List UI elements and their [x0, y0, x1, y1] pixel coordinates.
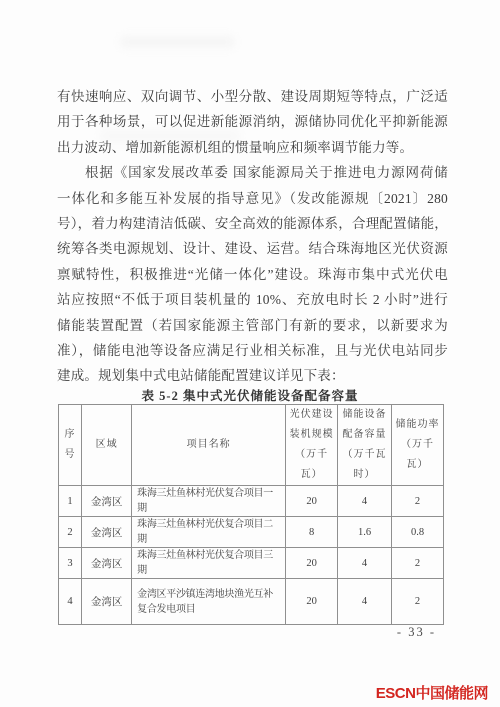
table-cell: 4	[338, 548, 392, 579]
table-cell: 珠海三灶鱼林村光伏复合项目一期	[132, 486, 286, 517]
table-cell: 金湾区	[82, 579, 132, 625]
escn-logo: ESCN中国储能网	[376, 682, 488, 703]
table-row: 4金湾区金湾区平沙镇连湾地块渔光互补复合发电项目2042	[59, 579, 444, 625]
table-cell: 4	[338, 486, 392, 517]
table-cell: 4	[59, 579, 82, 625]
table-row: 2金湾区珠海三灶鱼林村光伏复合项目二期81.60.8	[59, 517, 444, 548]
table-row: 1金湾区珠海三灶鱼林村光伏复合项目一期2042	[59, 486, 444, 517]
table-cell: 1.6	[338, 517, 392, 548]
table-body: 1金湾区珠海三灶鱼林村光伏复合项目一期20422金湾区珠海三灶鱼林村光伏复合项目…	[59, 486, 444, 625]
table-cell: 2	[59, 517, 82, 548]
body-text: 有快速响应、双向调节、小型分散、建设周期短等特点，广泛适用于各种场景，可以促进新…	[57, 84, 448, 389]
table-cell: 0.8	[392, 517, 444, 548]
body-line: 号），着力构建清洁低碳、安全高效的能源体系，合理配置储能，	[57, 211, 448, 236]
table-cell: 2	[392, 486, 444, 517]
table-header-cell: 项目名称	[132, 405, 286, 486]
body-line: 站应按照“不低于项目装机量的 10%、充放电时长 2 小时”进行	[57, 287, 448, 312]
logo-cjk-text: 中国储能网	[415, 685, 488, 702]
table-header-cell: 光伏建设装机规模（万千瓦）	[286, 405, 338, 486]
table-cell: 3	[59, 548, 82, 579]
body-line: 储能装置配置（若国家能源主管部门有新的要求，以新要求为	[57, 313, 448, 338]
body-line: 准），储能电池等设备应满足行业相关标准，且与光伏电站同步	[57, 338, 448, 363]
body-line: 建成。规划集中式电站储能配置建议详见下表：	[57, 363, 448, 388]
document-page: 有快速响应、双向调节、小型分散、建设周期短等特点，广泛适用于各种场景，可以促进新…	[0, 0, 500, 707]
body-line: 出力波动、增加新能源机组的惯量响应和频率调节能力等。	[57, 135, 448, 160]
table-header-cell: 储能设备配备容量（万千瓦时）	[338, 405, 392, 486]
table-header-cell: 区域	[82, 405, 132, 486]
table-cell: 4	[338, 579, 392, 625]
body-line: 禀赋特性，积极推进“光储一体化”建设。珠海市集中式光伏电	[57, 262, 448, 287]
body-line: 用于各种场景，可以促进新能源消纳，源储协同优化平抑新能源	[57, 109, 448, 134]
scan-artifact	[120, 36, 235, 48]
table-row: 3金湾区珠海三灶鱼林村光伏复合项目三期2042	[59, 548, 444, 579]
table-cell: 20	[286, 486, 338, 517]
body-line: 一体化和多能互补发展的指导意见》（发改能源规〔2021〕280	[57, 186, 448, 211]
table-cell: 20	[286, 579, 338, 625]
storage-capacity-table: 序号区域项目名称光伏建设装机规模（万千瓦）储能设备配备容量（万千瓦时）储能功率（…	[58, 404, 444, 625]
table-cell: 珠海三灶鱼林村光伏复合项目二期	[132, 517, 286, 548]
body-line: 有快速响应、双向调节、小型分散、建设周期短等特点，广泛适	[57, 84, 448, 109]
table-cell: 金湾区	[82, 517, 132, 548]
table-cell: 1	[59, 486, 82, 517]
table-header-cell: 储能功率（万千瓦）	[392, 405, 444, 486]
table-cell: 珠海三灶鱼林村光伏复合项目三期	[132, 548, 286, 579]
table-cell: 20	[286, 548, 338, 579]
table-title: 表 5-2 集中式光伏储能设备配备容量	[0, 386, 500, 404]
page-number: - 33 -	[397, 625, 436, 640]
table-cell: 2	[392, 548, 444, 579]
body-line: 统筹各类电源规划、设计、建设、运营。结合珠海地区光伏资源	[57, 236, 448, 261]
table-header-cell: 序号	[59, 405, 82, 486]
body-line: 根据《国家发展改革委 国家能源局关于推进电力源网荷储	[57, 160, 448, 185]
table-cell: 2	[392, 579, 444, 625]
table-header-row: 序号区域项目名称光伏建设装机规模（万千瓦）储能设备配备容量（万千瓦时）储能功率（…	[59, 405, 444, 486]
logo-latin-text: ESCN	[376, 685, 416, 702]
table-cell: 金湾区平沙镇连湾地块渔光互补复合发电项目	[132, 579, 286, 625]
table-cell: 金湾区	[82, 548, 132, 579]
table-cell: 金湾区	[82, 486, 132, 517]
table-cell: 8	[286, 517, 338, 548]
